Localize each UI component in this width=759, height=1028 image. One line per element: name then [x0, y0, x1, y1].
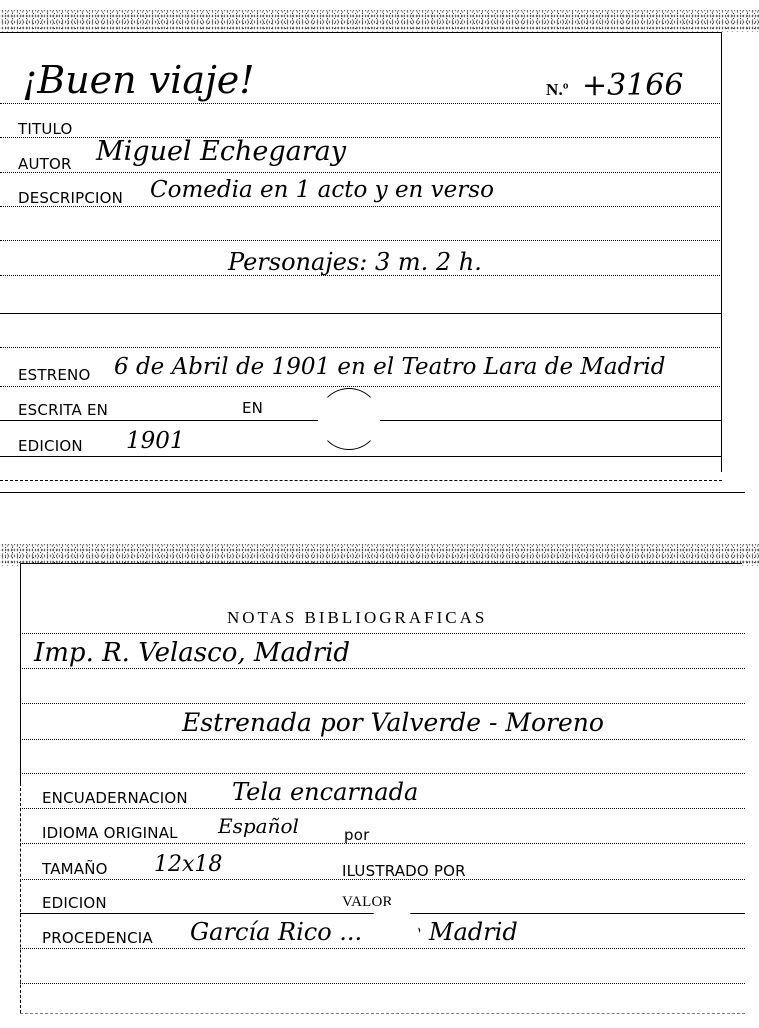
- rule-line: [20, 808, 745, 809]
- ilustrado-por-label: ILUSTRADO POR: [342, 862, 466, 880]
- notas-heading: NOTAS BIBLIOGRAFICAS: [227, 608, 487, 628]
- tamano-label: TAMAÑO: [42, 860, 108, 878]
- rule-line: [20, 948, 745, 949]
- page-divider: [0, 492, 745, 493]
- number-value: +3166: [582, 68, 683, 103]
- descripcion-label: DESCRIPCION: [18, 189, 123, 207]
- autor-value: Miguel Echegaray: [96, 136, 346, 167]
- rule-line: [0, 313, 722, 314]
- edicion-value: 1901: [126, 428, 185, 454]
- en-label: EN: [242, 399, 263, 417]
- estreno-value: 6 de Abril de 1901 en el Teatro Lara de …: [114, 354, 665, 380]
- card-top-border: [0, 32, 722, 33]
- rule-line: [0, 103, 722, 104]
- edicion-label: EDICION: [18, 437, 83, 455]
- rule-line: [0, 172, 722, 173]
- rule-line: [0, 386, 722, 387]
- number-label: N.º: [546, 80, 569, 100]
- rule-line: [20, 983, 745, 984]
- punch-hole-inner: [322, 392, 376, 446]
- card-left-border: [20, 783, 21, 1013]
- rule-line: [0, 347, 722, 348]
- rule-line: [20, 843, 745, 844]
- procedencia-label: PROCEDENCIA: [42, 929, 153, 947]
- note-line-1: Imp. R. Velasco, Madrid: [34, 638, 350, 668]
- edicion-bottom-label: EDICION: [42, 894, 107, 912]
- descripcion-value: Comedia en 1 acto y en verso: [150, 177, 494, 203]
- note-line-2: Estrenada por Valverde - Moreno: [182, 708, 604, 737]
- personajes-value: Personajes: 3 m. 2 h.: [228, 248, 482, 276]
- rule-line: [0, 456, 722, 457]
- idioma-por-label: por: [344, 826, 369, 844]
- idioma-original-label: IDIOMA ORIGINAL: [42, 824, 178, 842]
- encuadernacion-label: ENCUADERNACION: [42, 789, 188, 807]
- procedencia-value: García Rico ... a de Madrid: [190, 918, 518, 946]
- title-handwritten: ¡Buen viaje!: [22, 58, 255, 102]
- encuadernacion-value: Tela encarnada: [232, 778, 418, 806]
- idioma-original-value: Español: [218, 814, 299, 838]
- rule-line: [20, 739, 745, 740]
- autor-label: AUTOR: [18, 155, 72, 173]
- card-left-border: [20, 563, 21, 783]
- escrita-en-label: ESCRITA EN: [18, 401, 108, 419]
- rule-line: [20, 668, 745, 669]
- rule-line: [20, 633, 745, 634]
- card-right-border: [721, 32, 722, 472]
- rule-line: [20, 879, 745, 880]
- rule-line: [0, 206, 722, 207]
- scan-noise-top: [0, 10, 759, 32]
- rule-line: [0, 240, 722, 241]
- punch-hole: [364, 905, 420, 975]
- card-top-border: [20, 563, 742, 564]
- estreno-label: ESTRENO: [18, 366, 91, 384]
- rule-line: [20, 703, 745, 704]
- titulo-label: TITULO: [18, 120, 73, 138]
- card-bottom-edge: [20, 1013, 745, 1014]
- rule-line: [0, 275, 722, 276]
- tamano-value: 12x18: [154, 852, 222, 877]
- card-bottom-edge: [0, 480, 722, 481]
- rule-line: [20, 773, 745, 774]
